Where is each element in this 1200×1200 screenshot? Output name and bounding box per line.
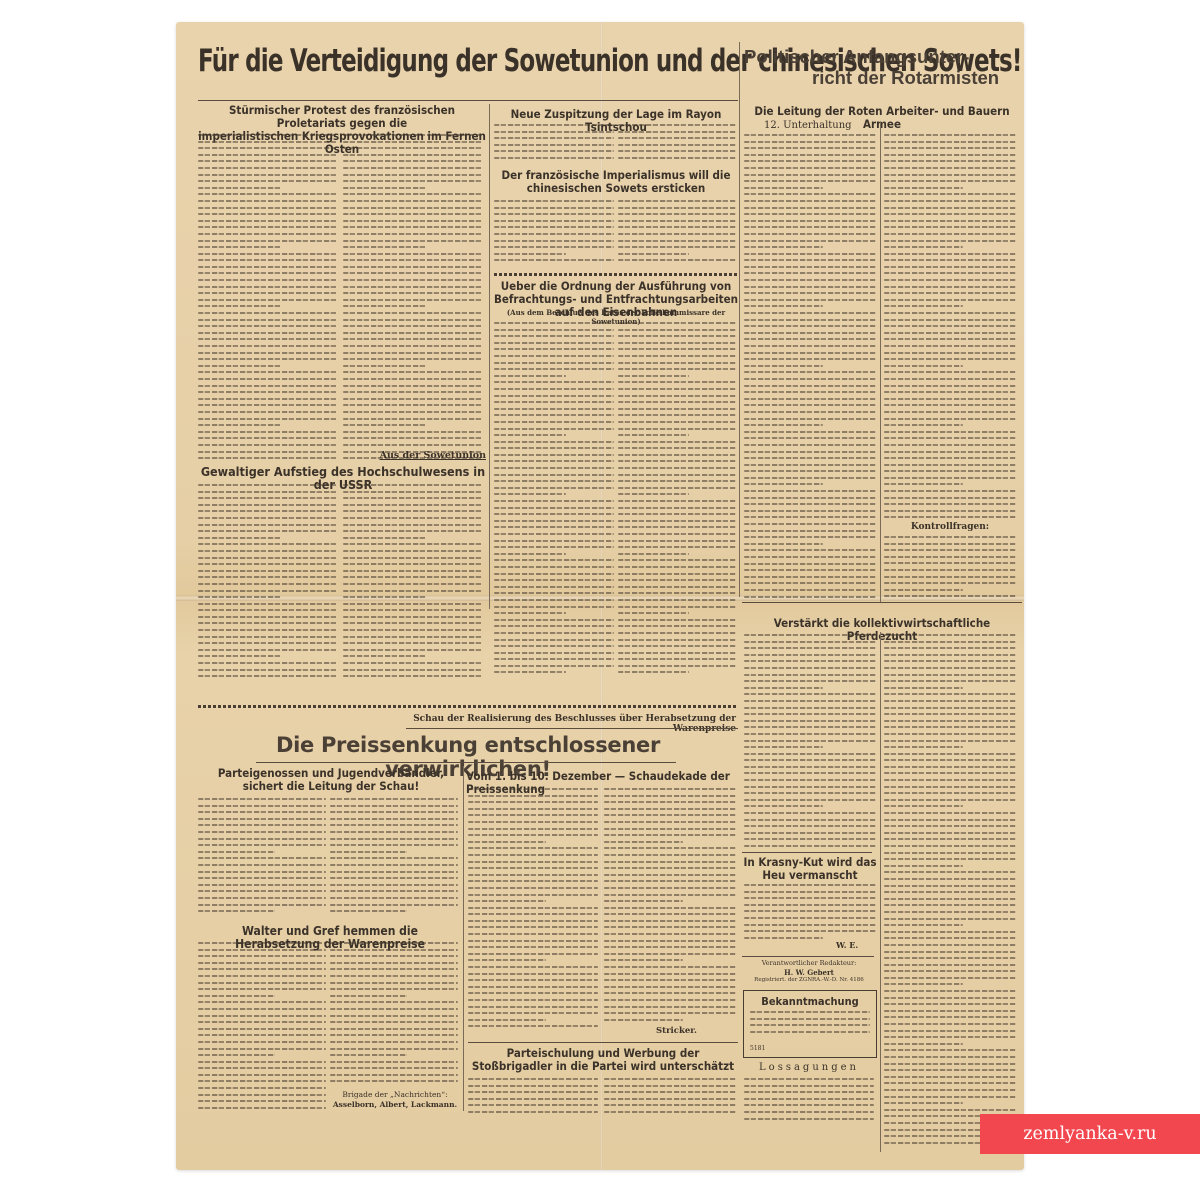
- text-line: [884, 845, 1016, 847]
- text-line: [884, 918, 1016, 920]
- text-line: [343, 504, 483, 506]
- text-line: [884, 569, 1016, 571]
- text-line: [198, 851, 275, 853]
- protest-column-1: [198, 134, 338, 464]
- text-line: [494, 414, 614, 416]
- text-line: [330, 1074, 458, 1076]
- text-line: [884, 1043, 963, 1045]
- text-line: [884, 411, 1016, 413]
- text-line: [618, 526, 736, 528]
- dotted-separator: [198, 705, 738, 708]
- text-line: [494, 540, 614, 542]
- text-line: [198, 669, 338, 671]
- text-line: [198, 557, 338, 559]
- text-line: [604, 973, 736, 975]
- text-line: [744, 924, 876, 926]
- text-line: [494, 500, 614, 502]
- text-line: [330, 1015, 458, 1017]
- text-line: [343, 424, 427, 426]
- text-line: [198, 576, 338, 578]
- right-headline: Politischer Anfangsunter- richt der Rota…: [744, 46, 1019, 88]
- text-line: [744, 746, 823, 748]
- text-line: [618, 533, 736, 535]
- walter-gref-signature-2: Asselborn, Albert, Lackmann.: [330, 1100, 460, 1109]
- text-line: [744, 451, 876, 453]
- text-line: [468, 1085, 598, 1087]
- text-line: [343, 299, 483, 301]
- text-line: [744, 174, 876, 176]
- text-line: [494, 573, 614, 575]
- text-line: [604, 979, 736, 981]
- text-line: [330, 1048, 458, 1050]
- text-line: [744, 470, 876, 472]
- text-line: [198, 543, 338, 545]
- text-line: [494, 526, 614, 528]
- tsintschou-column-1: [494, 124, 614, 166]
- text-line: [604, 1085, 736, 1087]
- text-line: [744, 437, 876, 439]
- text-line: [343, 272, 483, 274]
- text-line: [198, 332, 338, 334]
- text-line: [494, 421, 614, 423]
- text-line: [494, 375, 566, 377]
- text-line: [468, 1098, 598, 1100]
- text-line: [618, 200, 736, 202]
- text-line: [198, 955, 326, 957]
- text-line: [468, 887, 598, 889]
- text-line: [330, 1021, 458, 1023]
- text-line: [618, 401, 736, 403]
- text-line: [343, 160, 483, 162]
- text-line: [744, 187, 823, 189]
- text-line: [343, 391, 483, 393]
- text-line: [604, 1091, 736, 1093]
- text-line: [343, 550, 483, 552]
- text-line: [750, 1024, 870, 1026]
- text-line: [198, 871, 326, 873]
- text-line: [330, 982, 458, 984]
- text-line: [198, 655, 282, 657]
- text-line: [744, 740, 876, 742]
- parteischulung-rule: [468, 1042, 738, 1043]
- text-line: [744, 634, 876, 636]
- text-line: [884, 674, 1016, 676]
- text-line: [198, 451, 338, 453]
- text-line: [198, 942, 326, 944]
- text-line: [330, 1041, 458, 1043]
- text-line: [744, 503, 876, 505]
- text-line: [884, 246, 963, 248]
- text-line: [494, 447, 614, 449]
- text-line: [744, 543, 823, 545]
- protest-title-line1: Stürmischer Protest des französischen Pr…: [194, 104, 490, 130]
- preissenkung-kicker: Schau der Realisierung des Beschlusses ü…: [406, 714, 736, 734]
- text-line: [198, 662, 338, 664]
- text-line: [468, 861, 598, 863]
- text-line: [330, 805, 458, 807]
- text-line: [468, 821, 598, 823]
- text-line: [618, 226, 736, 228]
- text-line: [884, 1049, 1016, 1051]
- text-line: [343, 154, 483, 156]
- column-divider: [880, 632, 881, 1152]
- text-line: [744, 726, 876, 728]
- text-line: [343, 345, 483, 347]
- text-line: [494, 131, 614, 133]
- text-line: [884, 510, 1016, 512]
- text-line: [198, 636, 338, 638]
- text-line: [343, 404, 483, 406]
- text-line: [884, 391, 1016, 393]
- text-line: [618, 599, 736, 601]
- text-line: [343, 596, 427, 598]
- text-line: [468, 959, 546, 961]
- text-line: [618, 467, 736, 469]
- text-line: [198, 570, 338, 572]
- text-line: [343, 497, 483, 499]
- text-line: [744, 641, 876, 643]
- text-line: [494, 671, 566, 673]
- text-line: [343, 437, 483, 439]
- text-line: [744, 812, 876, 814]
- text-line: [343, 590, 483, 592]
- text-line: [198, 805, 326, 807]
- text-line: [198, 1094, 326, 1096]
- text-line: [744, 444, 876, 446]
- text-line: [884, 418, 1016, 420]
- text-line: [198, 609, 338, 611]
- text-line: [744, 431, 876, 433]
- text-line: [618, 124, 736, 126]
- text-line: [494, 335, 614, 337]
- text-line: [884, 154, 1016, 156]
- text-line: [330, 1067, 458, 1069]
- text-line: [884, 951, 1016, 953]
- text-line: [744, 516, 876, 518]
- text-line: [744, 160, 876, 162]
- text-line: [744, 411, 876, 413]
- text-line: [884, 819, 1016, 821]
- text-line: [604, 821, 736, 823]
- text-line: [884, 167, 1016, 169]
- text-line: [494, 454, 614, 456]
- text-line: [744, 226, 876, 228]
- text-line: [343, 570, 483, 572]
- text-line: [343, 213, 483, 215]
- text-line: [330, 968, 458, 970]
- text-line: [604, 795, 736, 797]
- impressum-name: H. W. Gebert: [742, 968, 876, 977]
- text-line: [618, 507, 736, 509]
- text-line: [494, 395, 614, 397]
- text-line: [884, 957, 1016, 959]
- text-line: [198, 1008, 326, 1010]
- text-line: [468, 1019, 546, 1021]
- text-line: [604, 1098, 736, 1100]
- text-line: [604, 920, 736, 922]
- text-line: [494, 460, 614, 462]
- text-line: [198, 596, 282, 598]
- text-line: [198, 358, 338, 360]
- franz-imperialismus-title: Der französische Imperialismus will die …: [494, 169, 738, 195]
- text-line: [618, 233, 736, 235]
- text-line: [884, 759, 1016, 761]
- text-line: [343, 332, 483, 334]
- text-line: [618, 559, 736, 561]
- text-line: [884, 180, 1016, 182]
- text-line: [604, 1111, 736, 1113]
- text-line: [744, 569, 876, 571]
- text-line: [884, 1056, 1016, 1058]
- text-line: [744, 279, 876, 281]
- text-line: [884, 305, 963, 307]
- text-line: [343, 371, 483, 373]
- text-line: [744, 365, 823, 367]
- text-line: [198, 352, 338, 354]
- text-line: [343, 292, 483, 294]
- text-line: [618, 665, 736, 667]
- text-line: [744, 240, 876, 242]
- text-line: [744, 418, 876, 420]
- text-line: [744, 884, 876, 886]
- text-line: [884, 904, 1016, 906]
- text-line: [884, 134, 1016, 136]
- text-line: [198, 418, 338, 420]
- text-line: [744, 141, 876, 143]
- text-line: [744, 799, 876, 801]
- walter-gref-column-1: [198, 942, 326, 1114]
- text-line: [884, 253, 1016, 255]
- text-line: [494, 401, 614, 403]
- bekanntmachung-title: Bekanntmachung: [744, 995, 876, 1008]
- text-line: [744, 674, 876, 676]
- text-line: [884, 160, 1016, 162]
- text-line: [198, 233, 338, 235]
- text-line: [618, 375, 689, 377]
- walter-gref-signature-1: Brigade der „Nachrichten“:: [330, 1090, 460, 1099]
- text-line: [198, 226, 338, 228]
- text-line: [198, 563, 338, 565]
- text-line: [198, 174, 338, 176]
- text-line: [198, 240, 338, 242]
- text-line: [744, 707, 876, 709]
- text-line: [744, 1104, 874, 1106]
- text-line: [884, 634, 1016, 636]
- text-line: [884, 385, 1016, 387]
- text-line: [468, 999, 598, 1001]
- text-line: [618, 157, 736, 159]
- text-line: [343, 312, 483, 314]
- text-line: [343, 226, 483, 228]
- text-line: [884, 338, 1016, 340]
- text-line: [604, 907, 736, 909]
- text-line: [343, 147, 483, 149]
- text-line: [330, 942, 458, 944]
- krasny-kut-title: In Krasny-Kut wird das Heu vermanscht: [742, 856, 878, 882]
- text-line: [884, 516, 1016, 518]
- text-line: [618, 131, 736, 133]
- text-line: [884, 746, 963, 748]
- text-line: [198, 180, 338, 182]
- text-line: [468, 920, 598, 922]
- text-line: [884, 259, 1016, 261]
- text-line: [343, 207, 483, 209]
- lossagungen-title: Lossagungen: [742, 1062, 876, 1073]
- text-line: [744, 536, 876, 538]
- text-line: [198, 622, 338, 624]
- text-line: [618, 421, 736, 423]
- text-line: [604, 847, 736, 849]
- column-divider: [463, 766, 464, 1111]
- text-line: [884, 332, 1016, 334]
- text-line: [618, 335, 736, 337]
- protest-column-2: [343, 134, 483, 464]
- text-line: [343, 398, 483, 400]
- text-line: [618, 493, 689, 495]
- text-line: [198, 484, 338, 486]
- text-line: [884, 772, 1016, 774]
- text-line: [744, 596, 876, 598]
- right-headline-line2: richt der Rotarmisten: [744, 67, 1019, 88]
- text-line: [884, 687, 963, 689]
- text-line: [198, 305, 282, 307]
- text-line: [468, 788, 598, 790]
- text-line: [744, 772, 876, 774]
- text-line: [884, 964, 1016, 966]
- text-line: [744, 312, 876, 314]
- text-line: [343, 418, 483, 420]
- text-line: [884, 977, 1016, 979]
- text-line: [618, 671, 689, 673]
- text-line: [884, 931, 1016, 933]
- text-line: [494, 658, 614, 660]
- text-line: [343, 233, 483, 235]
- text-line: [198, 253, 338, 255]
- text-line: [618, 434, 689, 436]
- text-line: [330, 884, 458, 886]
- text-line: [198, 904, 326, 906]
- text-line: [330, 844, 458, 846]
- text-line: [494, 233, 614, 235]
- parteischulung-column-1: [468, 1078, 598, 1118]
- text-line: [604, 867, 736, 869]
- text-line: [884, 207, 1016, 209]
- text-line: [604, 1012, 736, 1014]
- text-line: [884, 937, 1016, 939]
- text-line: [604, 933, 736, 935]
- text-line: [198, 857, 326, 859]
- text-line: [468, 795, 598, 797]
- text-line: [884, 312, 1016, 314]
- text-line: [744, 134, 876, 136]
- text-line: [494, 559, 614, 561]
- text-line: [198, 524, 338, 526]
- franz-imperialismus-column-1: [494, 200, 614, 270]
- text-line: [494, 441, 614, 443]
- text-line: [604, 940, 736, 942]
- text-line: [884, 497, 1016, 499]
- text-line: [343, 174, 483, 176]
- text-line: [198, 266, 338, 268]
- text-line: [198, 491, 338, 493]
- text-line: [494, 579, 614, 581]
- text-line: [198, 818, 326, 820]
- text-line: [604, 992, 736, 994]
- text-line: [604, 1019, 683, 1021]
- walter-gref-column-2: [330, 942, 458, 1090]
- text-line: [618, 348, 736, 350]
- text-line: [884, 1023, 1016, 1025]
- text-line: [884, 838, 1016, 840]
- impressum-rule: [742, 956, 874, 957]
- text-line: [884, 852, 1016, 854]
- column-divider: [739, 42, 740, 597]
- text-line: [618, 513, 736, 515]
- text-line: [343, 444, 483, 446]
- text-line: [884, 1089, 1016, 1091]
- text-line: [744, 910, 876, 912]
- text-line: [618, 137, 736, 139]
- text-line: [343, 134, 483, 136]
- text-line: [198, 1054, 275, 1056]
- text-line: [198, 1107, 326, 1109]
- text-line: [884, 365, 963, 367]
- text-line: [744, 246, 823, 248]
- text-line: [884, 378, 1016, 380]
- text-line: [198, 259, 338, 261]
- text-line: [330, 871, 458, 873]
- text-line: [198, 207, 338, 209]
- text-line: [744, 259, 876, 261]
- text-line: [198, 884, 326, 886]
- text-line: [884, 871, 1016, 873]
- text-line: [884, 470, 1016, 472]
- text-line: [330, 864, 458, 866]
- text-line: [330, 995, 407, 997]
- text-line: [744, 937, 823, 939]
- text-line: [494, 474, 614, 476]
- text-line: [494, 259, 614, 261]
- text-line: [884, 779, 1016, 781]
- eisenbahnen-column-1: [494, 322, 614, 682]
- text-line: [198, 193, 338, 195]
- text-line: [468, 953, 598, 955]
- text-line: [468, 913, 598, 915]
- text-line: [744, 897, 876, 899]
- text-line: [884, 1016, 1016, 1018]
- text-line: [744, 523, 876, 525]
- text-line: [884, 404, 1016, 406]
- text-line: [468, 986, 598, 988]
- sub1-column-2: [330, 798, 458, 918]
- text-line: [468, 946, 598, 948]
- text-line: [618, 329, 736, 331]
- text-line: [198, 517, 338, 519]
- text-line: [884, 825, 1016, 827]
- text-line: [468, 992, 598, 994]
- text-line: [343, 675, 483, 677]
- headline-rule: [256, 762, 676, 763]
- text-line: [884, 556, 1016, 558]
- text-line: [618, 474, 736, 476]
- text-line: [884, 345, 1016, 347]
- text-line: [884, 490, 1016, 492]
- text-line: [343, 543, 483, 545]
- text-line: [343, 655, 427, 657]
- hochschulwesen-column-1: [198, 484, 338, 684]
- text-line: [494, 599, 614, 601]
- text-line: [198, 378, 338, 380]
